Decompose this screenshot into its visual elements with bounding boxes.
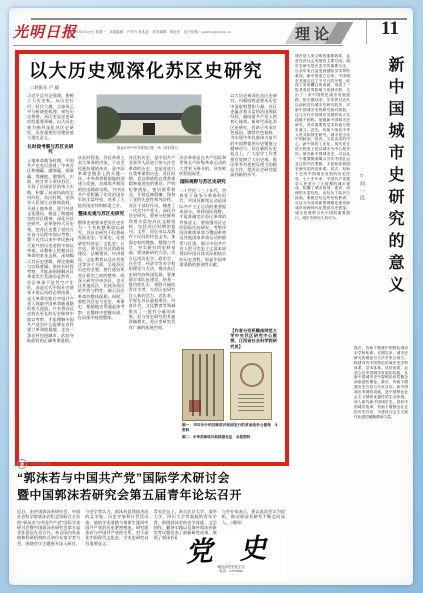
column-text: 苏区的历史，是中国共产党领导人民进行伟大社会革命的历史，也是党进行自我革命的历史… xyxy=(129,155,176,330)
main-article-title: 以大历史观深化苏区史研究 xyxy=(29,57,275,83)
calligraphy-text: 党 史 xyxy=(176,532,285,568)
section-block: 理论 xyxy=(285,20,355,46)
page-number-rule xyxy=(366,18,367,44)
figure-document-2 xyxy=(230,352,272,420)
sidebar-column-top: 城市是人类文明的重要载体，也是经济社会发展的主要空间。城市史研究是历史学的重要分… xyxy=(295,54,350,584)
section-label: 理论 xyxy=(295,23,333,44)
dateline: 2022年6月27日 星期一 本版编辑：户华为 危兆盖 美术编辑：郭红松 电子信… xyxy=(71,29,231,34)
bottom-column-4: 与会专家表示，要以此次会议为契机，推动郭沫若研究不断走向深入。（理闻） xyxy=(222,509,285,535)
bottom-column-1: 近日，由中国郭沫若研究会、中国社会科学院郭沫若纪念馆联合主办的“郭沫若与中国共产… xyxy=(17,509,80,579)
conference-title: “郭沫若与中国共产党”国际学术研讨会 暨中国郭沫若研究会第五届青年论坛召开 xyxy=(17,470,285,504)
sidebar-column-bottom: 再次，有助于构建中国特色城市史学科体系。长期以来，城市史研究的理论与方法多来自西… xyxy=(354,346,408,584)
column-text: 苏区革命是在共产国际和世界无产阶级革命运动的大背景下展开的，具有鲜明的国际性。 xyxy=(179,155,226,176)
main-article-body: 习近平总书记强调，要树立大历史观，从历史长河、时代大潮、全球风云中分析演变机理、… xyxy=(27,93,277,451)
page-number: 11 xyxy=(381,18,399,40)
circle-icon xyxy=(17,459,27,469)
conference-title-line2: 暨中国郭沫若研究会第五届青年论坛召开 xyxy=(17,487,285,504)
column-text: 以大历史观深化苏区史研究，归根结底是要从历史中汲取智慧和力量。苏区史蕴含着丰富的… xyxy=(230,93,277,326)
sidebar-title-area: □何一民 新中国城市史研究的意义 再次，有助于构建中国特色城市史学科体系。长期以… xyxy=(354,54,408,584)
party-history-calligraphy: 党 史 理论部党史版主办 电话：67078842 xyxy=(177,535,285,581)
subheading-1: 长时段考察与苏区史研究 xyxy=(27,144,74,155)
subheading-3: 国际视野与苏区史研究 xyxy=(179,179,226,185)
column-text: 土地革命战争时期，中国共产党先后创建了中央苏区和湘赣、湘鄂赣、闽浙赣、鄂豫皖、湘… xyxy=(27,158,74,343)
badge-label: 学术动态 xyxy=(30,461,52,467)
column-text: 习近平总书记强调，要树立大历史观，从历史长河、时代大潮、全球风云中分析演变机理、… xyxy=(27,93,74,140)
article-column-1: 习近平总书记强调，要树立大历史观，从历史长河、时代大潮、全球风云中分析演变机理、… xyxy=(27,93,74,451)
article-photo xyxy=(97,95,201,143)
sidebar-article-title: 新中国城市史研究的意义 xyxy=(383,56,406,338)
author-endnote: 【作者分别系赣南师范大学中央苏区研究中心教授、江西省社会科学院研究员】 xyxy=(230,328,277,349)
column-text: 从长时段看，苏区革命上承大革命的洪流，下启全民族抗战的伟业，是中国革命史链条上的… xyxy=(78,155,125,208)
article-column-5: 以大历史观深化苏区史研究，归根结底是要从历史中汲取智慧和力量。苏区史蕴含着丰富的… xyxy=(230,93,277,349)
conference-body: 近日，由中国郭沫若研究会、中国社会科学院郭沫若纪念馆联合主办的“郭沫若与中国共产… xyxy=(17,509,285,579)
sidebar-byline: □何一民 xyxy=(358,174,365,202)
main-article-byline: □刘振东 卢 毅 xyxy=(31,85,273,91)
conference-title-line1: “郭沫若与中国共产党”国际学术研讨会 xyxy=(17,470,285,487)
photo-caption: 瑞金叶坪中华苏维埃旧址一角（资料图片） xyxy=(97,145,201,150)
subheading-2: 整体史观与苏区史研究 xyxy=(78,211,125,217)
figure-caption-2: 图二：中华苏维埃共和国借谷证 本报资料 xyxy=(182,435,277,440)
bottom-column-2: 与会学者认为，郭沫若是我国杰出的文学家、历史学家和社会活动家，他的学术道路与革命… xyxy=(85,509,148,579)
footer-phone-line: 电话：67078842 xyxy=(177,569,285,573)
newspaper-page: 光明日报 2022年6月27日 星期一 本版编辑：户华为 危兆盖 美术编辑：郭红… xyxy=(9,8,413,585)
figure-caption-1: 图一：1932年中华苏维埃共和国发行的革命战争公债券 本报资料 xyxy=(182,423,277,433)
highlight-red-border: 以大历史观深化苏区史研究 □刘振东 卢 毅 习近平总书记强调，要树立大历史观，从… xyxy=(15,50,289,466)
column-text: 二十世纪二三十年代，世界处于战争与革命的时代，中国苏维埃运动是国际共产主义运动的… xyxy=(179,188,226,267)
sidebar-article: 城市是人类文明的重要载体，也是经济社会发展的主要空间。城市史研究是历史学的重要分… xyxy=(295,54,408,584)
figure-document-1 xyxy=(182,349,224,421)
masthead-logo: 光明日报 xyxy=(13,21,77,42)
document-figures: 图一：1932年中华苏维埃共和国发行的革命战争公债券 本报资料 图二：中华苏维埃… xyxy=(182,349,277,439)
column-text: 整体史观要求把苏区史作为一个有机整体加以研究。苏区史研究不仅要研究政治史、军事史… xyxy=(78,220,125,320)
news-badge: 学术动态 xyxy=(17,459,52,469)
